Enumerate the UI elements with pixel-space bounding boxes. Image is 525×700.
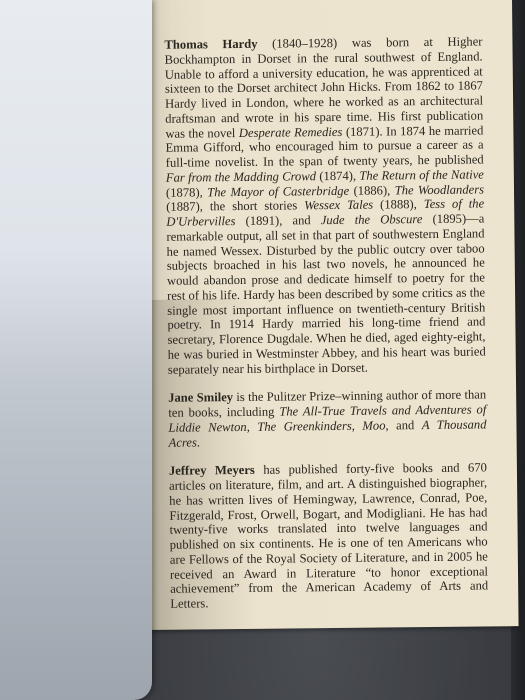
author-name: Jane Smiley (168, 390, 233, 405)
book-title: Wessex Tales (304, 198, 373, 213)
bio-paragraph-jeffrey-meyers: Jeffrey Meyers has published forty-five … (169, 461, 489, 612)
book-title: Desperate Remedies (239, 124, 343, 139)
bio-text-block: Thomas Hardy (1840–1928) was born at Hig… (164, 34, 488, 625)
bio-text: . (197, 435, 200, 449)
bio-text: has published forty-five books and 670 a… (169, 461, 488, 611)
author-name: Jeffrey Meyers (169, 463, 255, 478)
bio-text: , and (385, 418, 421, 432)
book-title: Far from the Madding Crowd (166, 169, 316, 185)
bio-paragraph-thomas-hardy: Thomas Hardy (1840–1928) was born at Hig… (164, 34, 486, 377)
book-title: The Mayor of Casterbridge (207, 183, 349, 198)
bio-text: (1886), (349, 183, 395, 197)
book-title: The Greenkinders (257, 419, 352, 434)
book-title: The Return of the Native (359, 167, 484, 182)
author-name: Thomas Hardy (164, 37, 257, 52)
book-title: The Woodlanders (395, 182, 484, 197)
bio-text: (1891), and (235, 213, 320, 228)
bio-text: (1887), the short stories (166, 199, 304, 214)
left-page-shadow (0, 300, 152, 700)
book-title: Jude the Obscure (321, 212, 423, 227)
bio-paragraph-jane-smiley: Jane Smiley is the Pulitzer Prize–winnin… (168, 388, 487, 450)
bio-text: (1878), (166, 185, 207, 199)
book-title: Moo (362, 418, 385, 432)
bio-text: (1895)—a remarkable output, all set in t… (166, 211, 485, 376)
bio-text: (1888), (373, 197, 424, 212)
left-page-blank (0, 0, 152, 700)
bio-text: , (352, 418, 363, 432)
bio-text: , (247, 420, 258, 434)
bio-text: (1874), (316, 168, 360, 182)
right-page: Thomas Hardy (1840–1928) was born at Hig… (142, 0, 519, 630)
